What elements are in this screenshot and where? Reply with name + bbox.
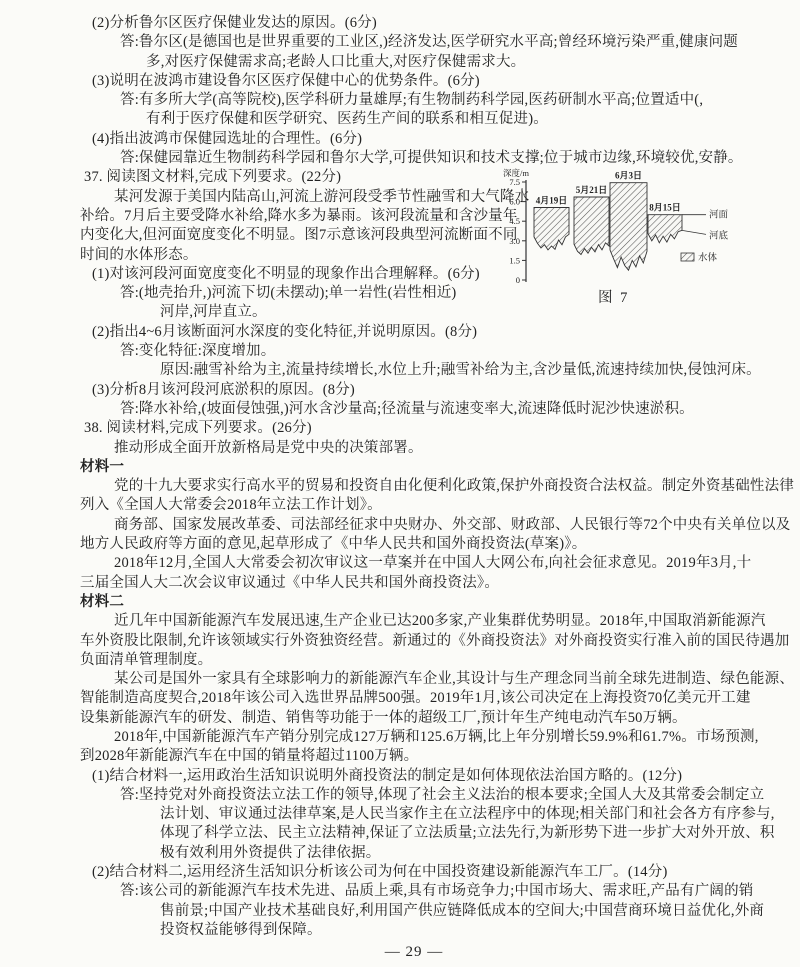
- text-line: 材料二: [80, 593, 748, 612]
- y-tick-label: 1.5: [509, 255, 520, 265]
- text-line: 38. 阅读材料,完成下列要求。(26分): [80, 419, 748, 438]
- section-date-label: 8月15日: [649, 203, 681, 213]
- text-line: 三届全国人大二次会议审议通过《中华人民共和国外商投资法》。: [80, 574, 748, 593]
- text-line: (3)说明在波鸿市建设鲁尔区医疗保健中心的优势条件。(6分): [80, 72, 748, 91]
- text-line: 智能制造高度契合,2018年该公司入选世界品牌500强。2019年1月,该公司决…: [80, 689, 748, 708]
- y-tick-label: 0: [516, 275, 520, 285]
- text-line: 有利于医疗保健和医学研究、医药生产间的联系和相互促进)。: [80, 110, 748, 129]
- text-line: 答:变化特征:深度增加。: [80, 342, 748, 361]
- text-line: 车外资股比限制,允许该领域实行外资独资经营。新通过的《外商投资法》对外商投资实行…: [80, 632, 748, 651]
- water-body-section: [648, 215, 682, 243]
- legend-label: 水体: [698, 252, 718, 264]
- water-body-section: [534, 208, 569, 250]
- text-line: (2)指出4~6月该断面河水深度的变化特征,并说明原因。(8分): [80, 323, 748, 342]
- bed-pointer-line: [682, 230, 706, 234]
- text-line: 答:该公司的新能源汽车技术先进、品质上乘,具有市场竞争力;中国市场大、需求旺,产…: [80, 882, 748, 901]
- text-line: 答:降水补给,(坡面侵蚀强,)河水含沙量高;径流量与流速变率大,流速降低时泥沙快…: [80, 400, 748, 419]
- text-line: 答:鲁尔区(是德国也是世界重要的工业区,)经济发达,医学研究水平高;曾经环境污染…: [80, 33, 748, 52]
- y-tick-label: 7.5: [509, 177, 520, 187]
- text-line: (2)结合材料二,运用经济生活知识分析该公司为何在中国投资建设新能源汽车工厂。(…: [80, 863, 748, 882]
- text-line: 负面清单管理制度。: [80, 651, 748, 670]
- text-line: 答:有多所大学(高等院校),医学科研力量雄厚;有生物制药科学园,医药研制水平高;…: [80, 91, 748, 110]
- text-line: 商务部、国家发展改革委、司法部经征求中央财办、外交部、财政部、人民银行等72个中…: [80, 516, 748, 535]
- y-tick-label: 4.5: [509, 216, 520, 226]
- text-line: 地方人民政府等方面的意见,起草形成了《中华人民共和国外商投资法(草案)》。: [80, 535, 748, 554]
- exam-answer-page: { "page": { "number_label": "— 29 —" }, …: [0, 0, 800, 967]
- legend-swatch: [681, 253, 694, 261]
- text-line: 到2028年新能源汽车在中国的销量将超过1100万辆。: [80, 747, 748, 766]
- text-line: 材料一: [80, 458, 748, 477]
- section-date-label: 6月3日: [615, 171, 642, 181]
- river-surface-label: 河面: [709, 210, 729, 221]
- text-line: 售前景;中国产业技术基础良好,利用国产供应链降低成本的空间大;中国营商环境日益优…: [80, 902, 748, 921]
- page-number: — 29 —: [80, 944, 748, 961]
- text-line: 体现了科学立法、民主立法精神,保证了立法质量;立法先行,为新形势下进一步扩大对外…: [80, 824, 748, 843]
- text-line: 列入《全国人大常委会2018年立法工作计划》。: [80, 496, 748, 515]
- text-line: (4)指出波鸿市保健园选址的合理性。(6分): [80, 130, 748, 149]
- figure-7: 深度/m7.56.04.53.01.504月19日5月21日6月3日8月15日河…: [500, 166, 800, 318]
- river-cross-section-chart: 深度/m7.56.04.53.01.504月19日5月21日6月3日8月15日河…: [500, 166, 800, 318]
- document-body: (2)分析鲁尔区医疗保健业发达的原因。(6分)答:鲁尔区(是德国也是世界重要的工…: [0, 0, 800, 961]
- text-column: (2)分析鲁尔区医疗保健业发达的原因。(6分)答:鲁尔区(是德国也是世界重要的工…: [80, 14, 748, 940]
- text-line: 原因:融雪补给为主,流量持续增长,水位上升;融雪补给为主,含沙量低,流速持续加快…: [80, 361, 748, 380]
- text-line: 推动形成全面开放新格局是党中央的决策部署。: [80, 439, 748, 458]
- text-line: 某公司是国外一家具有全球影响力的新能源汽车企业,其设计与生产理念同当前全球先进制…: [80, 670, 748, 689]
- text-line: 法计划、审议通过法律草案,是人民当家作主在立法程序中的体现;相关部门和社会各方有…: [80, 805, 748, 824]
- text-line: 设集新能源汽车的研发、制造、销售等功能于一体的超级工厂,预计年生产纯电动汽车50…: [80, 709, 748, 728]
- y-tick-label: 6.0: [509, 197, 520, 207]
- river-bed-label: 河底: [709, 229, 729, 241]
- y-tick-label: 3.0: [509, 236, 520, 246]
- text-line: 极有效利用外资提供了法律依据。: [80, 844, 748, 863]
- text-line: 近几年中国新能源汽车发展迅速,生产企业已达200多家,产业集群优势明显。2018…: [80, 612, 748, 631]
- figure-caption: 图 7: [598, 286, 629, 307]
- text-line: (1)结合材料一,运用政治生活知识说明外商投资法的制定是如何体现依法治国方略的。…: [80, 767, 748, 786]
- text-line: (3)分析8月该河段河底淤积的原因。(8分): [80, 381, 748, 400]
- section-date-label: 5月21日: [576, 185, 608, 195]
- water-body-section: [574, 197, 609, 255]
- text-line: 多,对医疗保健需求高;老龄人口比重大,对医疗保健需求大。: [80, 53, 748, 72]
- text-line: 投资权益能够得到保障。: [80, 921, 748, 940]
- text-line: 2018年,中国新能源汽车产销分别完成127万辆和125.6万辆,比上年分别增长…: [80, 728, 748, 747]
- text-line: 答:坚持党对外商投资法立法工作的领导,体现了社会主义法治的根本要求;全国人大及其…: [80, 786, 748, 805]
- text-line: 党的十九大要求实行高水平的贸易和投资自由化便利化政策,保护外商投资合法权益。制定…: [80, 477, 748, 496]
- text-line: (2)分析鲁尔区医疗保健业发达的原因。(6分): [80, 14, 748, 33]
- section-date-label: 4月19日: [536, 195, 568, 205]
- text-line: 2018年12月,全国人大常委会初次审议这一草案并在中国人大网公布,向社会征求意…: [80, 554, 748, 573]
- water-body-section: [610, 183, 647, 271]
